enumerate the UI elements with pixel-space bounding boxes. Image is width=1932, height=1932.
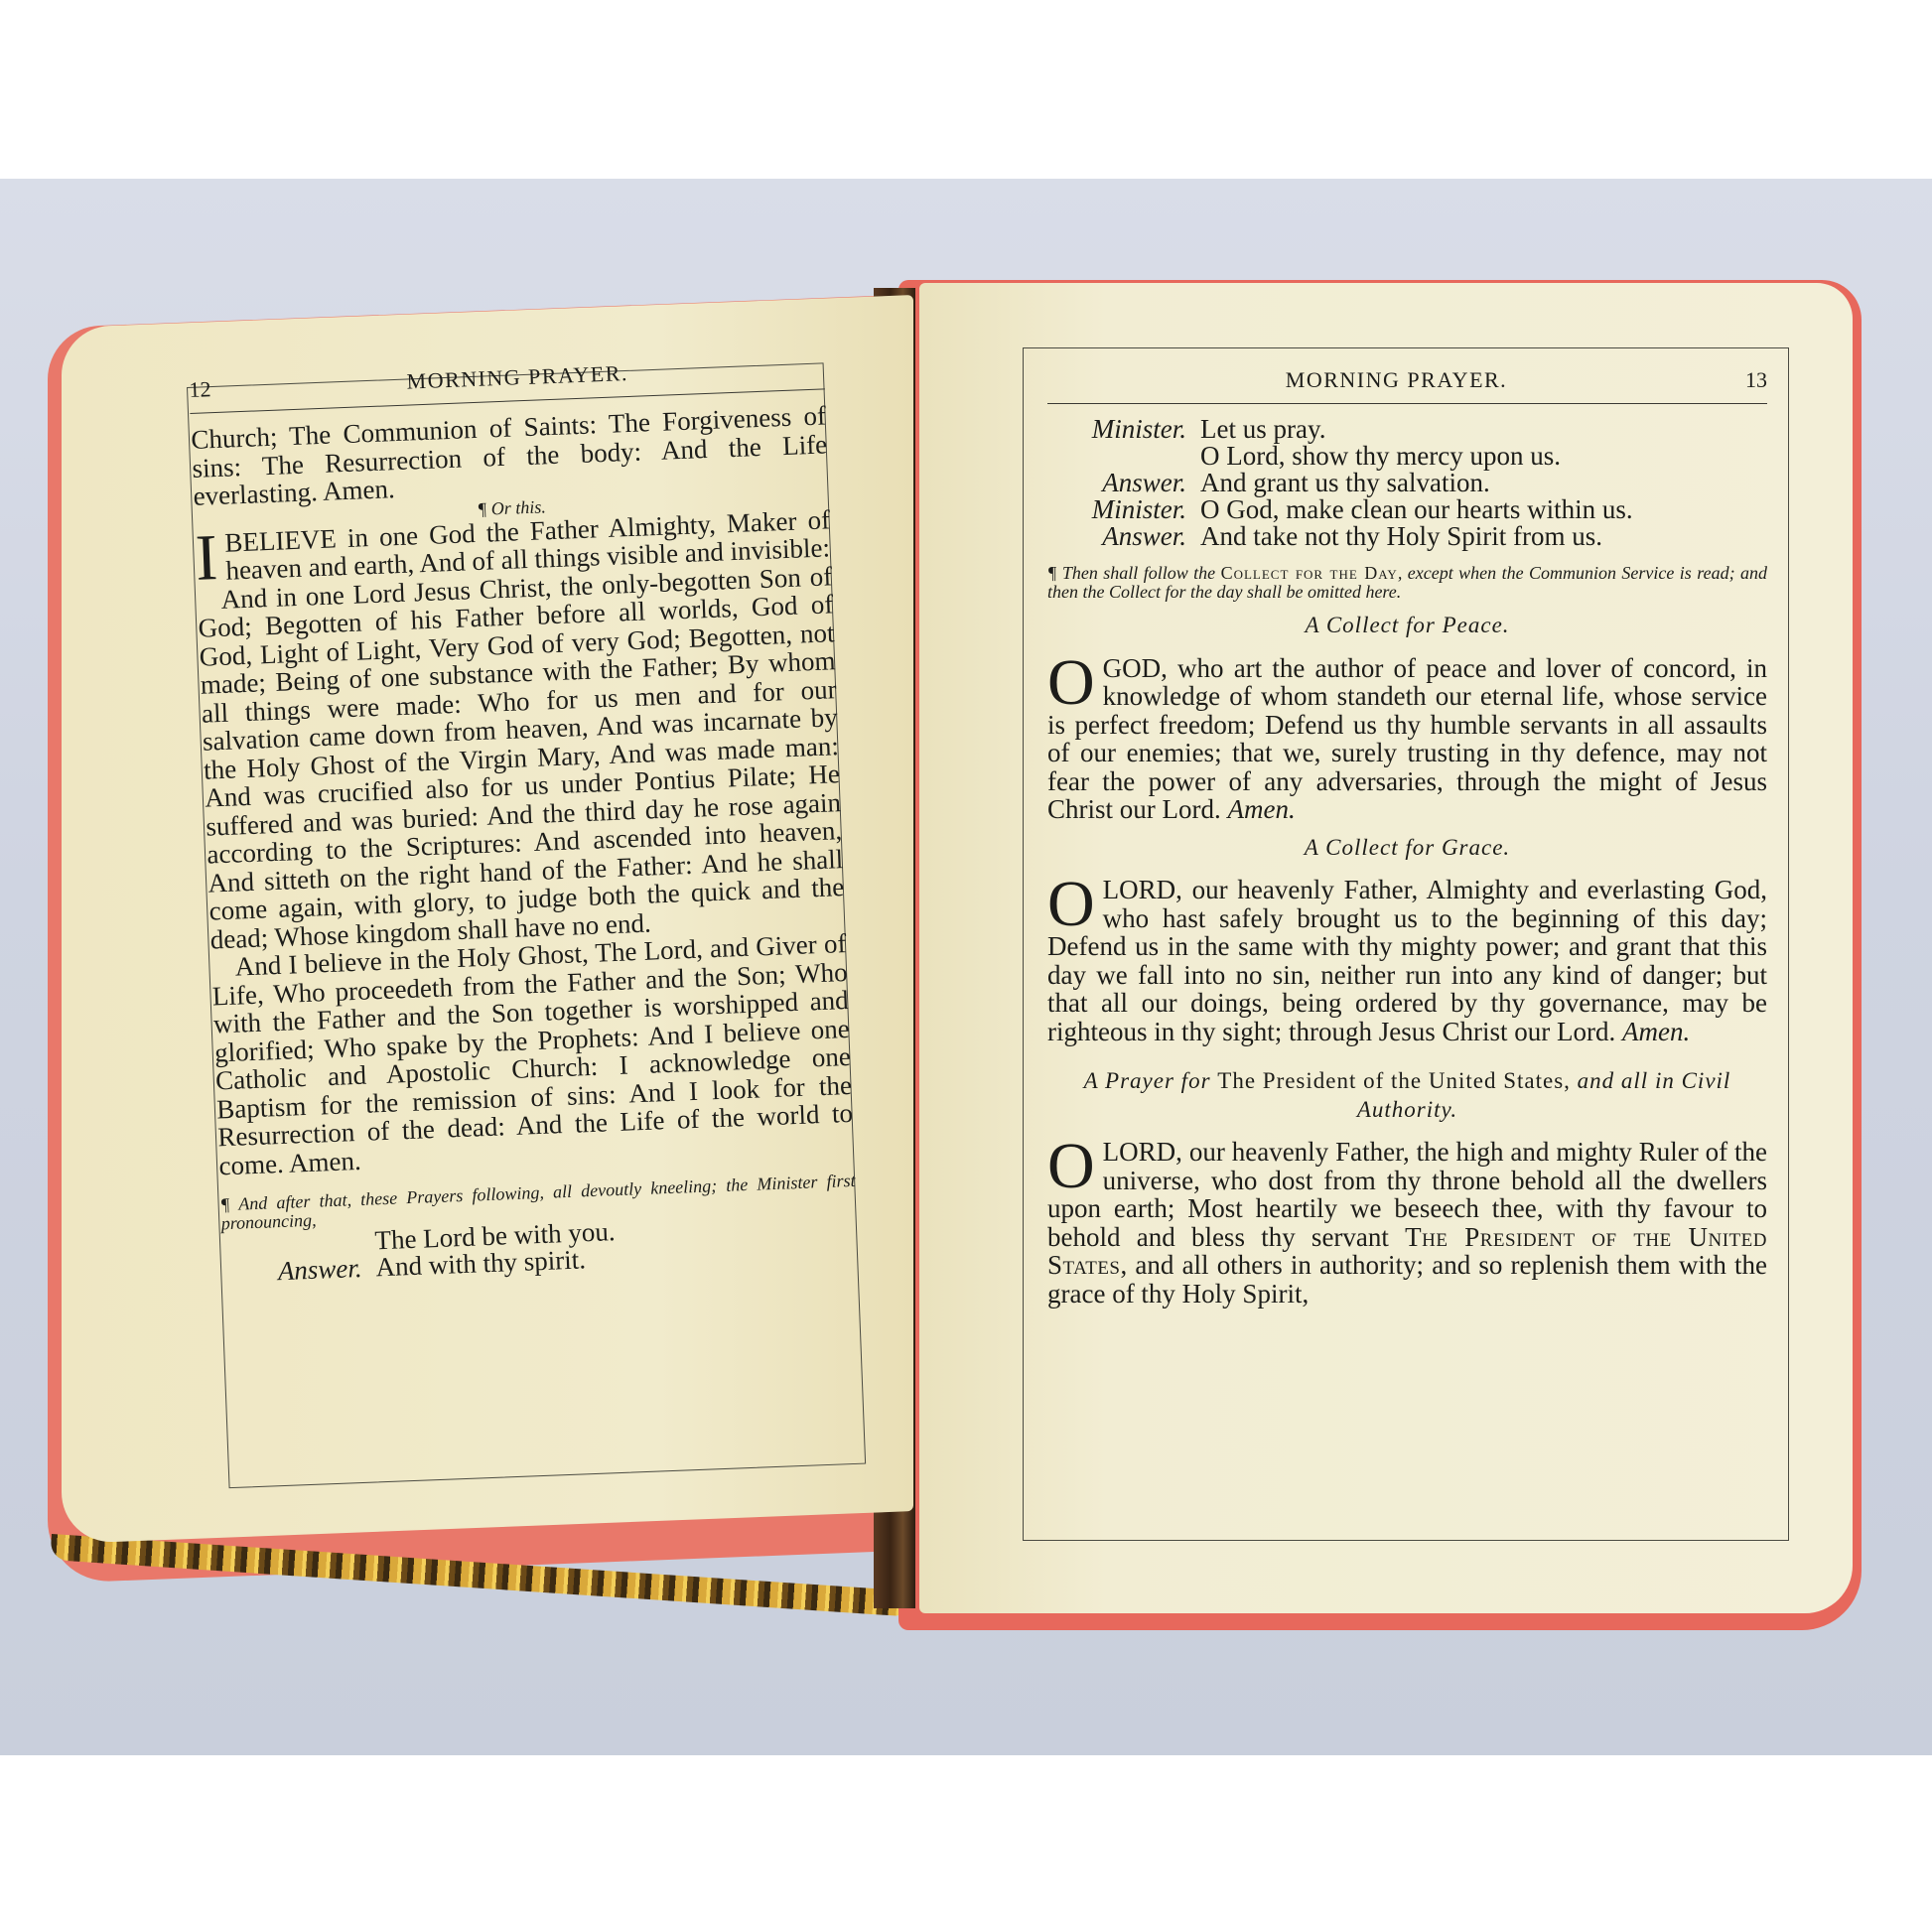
speaker: Answer.: [1047, 523, 1200, 550]
dropcap: O: [1047, 878, 1095, 931]
right-page-content: MORNING PRAYER. 13 Minister. Let us pray…: [1047, 367, 1767, 1308]
speaker: Minister.: [1047, 416, 1200, 443]
dropcap: O: [1047, 656, 1095, 710]
prayer-president: O LORD, our heavenly Father, the high an…: [1047, 1138, 1767, 1308]
versicle-row: Minister. Let us pray.: [1047, 416, 1767, 443]
creed-paragraph-3: And I believe in the Holy Ghost, The Lor…: [210, 929, 854, 1179]
rubric-smallcaps: Collect for the Day: [1221, 563, 1398, 583]
running-title: MORNING PRAYER.: [1047, 367, 1745, 393]
versicle-row: Answer. And grant us thy salvation.: [1047, 470, 1767, 496]
collect-peace-heading: A Collect for Peace.: [1047, 612, 1767, 640]
prayer-text: , and all others in authority; and so re…: [1047, 1250, 1767, 1309]
page-number: 12: [189, 376, 211, 403]
amen: Amen.: [1228, 794, 1296, 824]
speaker: Answer.: [1047, 470, 1200, 496]
collect-peace: O GOD, who art the author of peace and l…: [1047, 654, 1767, 824]
heading-italic: A Prayer for: [1084, 1068, 1211, 1093]
versicle-line: Let us pray.: [1200, 416, 1767, 443]
speaker: Minister.: [1047, 496, 1200, 523]
speaker: Answer.: [222, 1254, 376, 1287]
versicle-line: O God, make clean our hearts within us.: [1200, 496, 1767, 523]
right-running-head: MORNING PRAYER. 13: [1047, 367, 1767, 404]
collect-grace-heading: A Collect for Grace.: [1047, 834, 1767, 863]
dropcap: I: [195, 531, 218, 586]
creed-paragraph-2: And in one Lord Jesus Christ, the only-b…: [197, 562, 846, 954]
left-page-content: 12 MORNING PRAYER. Church; The Communion…: [189, 352, 859, 1287]
right-body: Minister. Let us pray. O Lord, show thy …: [1047, 416, 1767, 1308]
prayer-president-heading: A Prayer for The President of the United…: [1047, 1067, 1767, 1124]
versicle-line: And take not thy Holy Spirit from us.: [1200, 523, 1767, 550]
speaker: [1047, 443, 1200, 470]
versicle-row: Answer. And take not thy Holy Spirit fro…: [1047, 523, 1767, 550]
heading-roman: The President of the United States,: [1217, 1068, 1571, 1093]
page-number: 13: [1745, 367, 1767, 393]
versicle-row: O Lord, show thy mercy upon us.: [1047, 443, 1767, 470]
collect-peace-text: GOD, who art the author of peace and lov…: [1047, 653, 1767, 825]
amen: Amen.: [1622, 1017, 1690, 1046]
dropcap: O: [1047, 1140, 1095, 1193]
versicle-line: O Lord, show thy mercy upon us.: [1200, 443, 1767, 470]
versicle-row: Minister. O God, make clean our hearts w…: [1047, 496, 1767, 523]
rubric-text: ¶ Then shall follow the: [1047, 563, 1221, 583]
collect-rubric: ¶ Then shall follow the Collect for the …: [1047, 564, 1767, 602]
versicle-line: And grant us thy salvation.: [1200, 470, 1767, 496]
left-body: Church; The Communion of Saints: The For…: [191, 401, 859, 1287]
collect-grace: O LORD, our heavenly Father, Almighty an…: [1047, 876, 1767, 1045]
